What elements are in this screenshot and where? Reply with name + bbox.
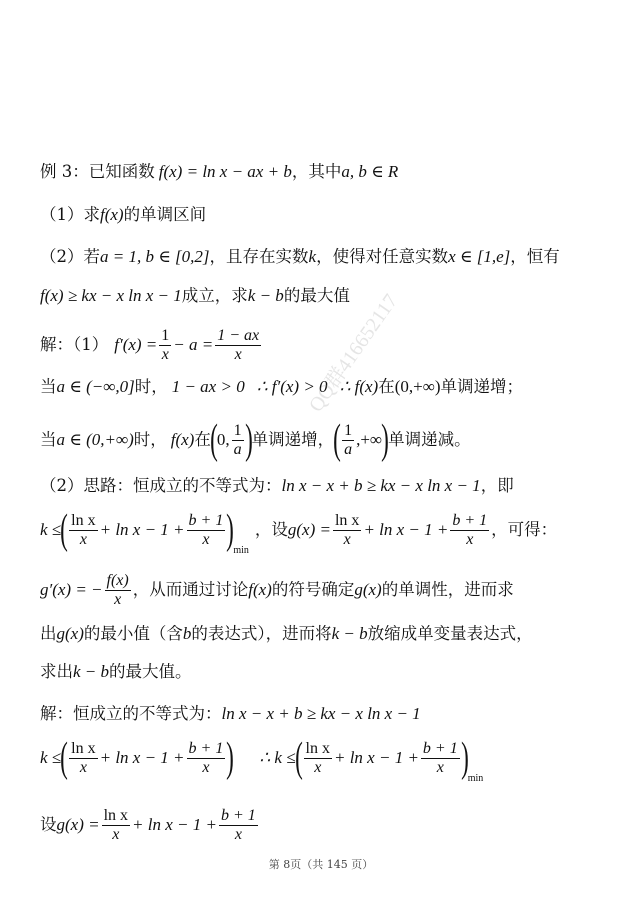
denominator: x [312,759,323,777]
part-2-question-line1: （2）若 a = 1, b ∈ [0,2] ，且存在实数 k ，使得对任意实数 … [40,245,560,269]
expr: + ln x − 1 + [334,746,419,770]
x-range: x ∈ [1,e] [448,245,510,269]
b-var: b [183,622,192,646]
part-2-question-line2: f(x) ≥ kx − x ln x − 1 成立，求 k − b 的最大值 [40,284,350,308]
denominator: x [110,826,121,844]
fraction-1-over-x: 1 x [159,327,171,364]
interval-right: ,+∞ [356,428,382,452]
text: 单调递减。 [388,428,471,452]
text: ，使得对任意实数 [316,245,448,269]
numerator: ln x [304,740,332,759]
minus-a: − a = [173,333,213,357]
solution-2-line-1: 解：恒成立的不等式为： ln x − x + b ≥ kx − x ln x −… [40,702,421,726]
inequality: f(x) ≥ kx − x ln x − 1 [40,284,182,308]
fraction-1-ax-over-x: 1 − ax x [215,327,261,364]
fraction-lnx-over-x: ln x x [69,512,97,549]
part-1-text: 的单调区间 [124,203,207,227]
text: 的最大值。 [109,660,192,684]
text: 出 [40,622,57,646]
idea-line-4: 出 g(x) 的最小值（含 b 的表达式），进而将 k − b 放缩成单变量表达… [40,622,533,646]
right-paren: ) [381,419,389,461]
fx: f(x) [100,203,124,227]
fraction-fx-over-x: f(x) x [105,572,131,609]
denominator: x [160,346,171,364]
text: ，设 [255,518,288,542]
text: 单调递增； [441,375,524,399]
numerator: b + 1 [219,807,258,826]
solution-2-line-3: 设 g(x) = ln x x + ln x − 1 + b + 1 x [40,800,260,850]
solution-2-line-2: k ≤ ( ln x x + ln x − 1 + b + 1 x ) ∴ k … [40,733,483,783]
a-range: a ∈ (−∞,0] [57,375,135,399]
denominator: x [233,346,244,364]
fraction-lnx-over-x: ln x x [333,512,361,549]
text: 在 [378,375,395,399]
solution-label: 解：（1） [40,333,108,357]
numerator: b + 1 [187,740,226,759]
ab-condition: a = 1, b ∈ [0,2] [100,245,210,269]
fx: f(x) [248,578,272,602]
right-paren: ) [226,509,234,551]
text: 的表达式），进而将 [191,622,331,646]
denominator: a [232,441,244,459]
problem-title: 例 3：已知函数 f(x) = ln x − ax + b ，其中 a, b ∈… [40,160,398,184]
k-var: k [309,245,317,269]
derivative-lhs: f′(x) = [114,333,157,357]
left-paren: ( [60,509,68,551]
numerator: 1 [342,422,354,441]
text: 在 [194,428,211,452]
inequality: ln x − x + b ≥ kx − x ln x − 1 [282,474,481,498]
text: 求出 [40,660,73,684]
a-range: a ∈ (0,+∞) [57,428,134,452]
fx: f(x) [171,428,195,452]
interval-left: 0, [217,428,230,452]
text: 的单调性，进而求 [382,578,514,602]
left-paren: ( [333,419,341,461]
numerator: 1 [159,327,171,346]
numerator: b + 1 [421,740,460,759]
idea-line-5: 求出 k − b 的最大值。 [40,660,192,684]
text: 时， [134,428,167,452]
numerator: b + 1 [187,512,226,531]
left-paren: ( [295,737,303,779]
text: ，可得： [491,518,557,542]
idea-line-1: （2）思路：恒成立的不等式为： ln x − x + b ≥ kx − x ln… [40,474,514,498]
idea-line-3: g′(x) = − f(x) x ，从而通过讨论 f(x) 的符号确定 g(x)… [40,567,514,613]
gx: g(x) [57,622,84,646]
text: 当 [40,428,57,452]
min-subscript: min [468,767,484,791]
text: 放缩成单变量表达式， [368,622,533,646]
denominator: x [464,531,475,549]
denominator: x [200,759,211,777]
text: 的符号确定 [272,578,355,602]
fraction-b1-over-x: b + 1 x [187,512,226,549]
left-paren: ( [210,419,218,461]
expr: + ln x − 1 + [363,518,448,542]
numerator: ln x [333,512,361,531]
numerator: 1 [232,422,244,441]
document-page: 例 3：已知函数 f(x) = ln x − ax + b ，其中 a, b ∈… [0,0,642,907]
part-1-question: （1）求 f(x) 的单调区间 [40,203,206,227]
title-text: 例 3：已知函数 [40,160,155,184]
fraction-lnx-over-x: ln x x [69,740,97,777]
fraction-1-over-a: 1 a [342,422,354,459]
gx: g(x) = [288,518,331,542]
fraction-1-over-a: 1 a [232,422,244,459]
text: ，从而通过讨论 [133,578,249,602]
text: ，恒有 [510,245,560,269]
right-paren: ) [461,737,469,779]
text: 设 [40,813,57,837]
fraction-lnx-over-x: ln x x [102,807,130,844]
part-2-label: （2）若 [40,245,100,269]
k-minus-b: k − b [248,284,284,308]
solution-label: 解：恒成立的不等式为： [40,702,222,726]
text: 单调递增， [252,428,335,452]
numerator: ln x [69,740,97,759]
expr: + ln x − 1 + [132,813,217,837]
g-prime: g′(x) = − [40,578,103,602]
denominator: x [112,591,123,609]
param-condition: a, b ∈ R [341,160,398,184]
page-footer: 第 8页（共 145 页） [0,856,642,872]
numerator: f(x) [105,572,131,591]
idea-label: （2）思路：恒成立的不等式为： [40,474,282,498]
part-1-label: （1）求 [40,203,100,227]
therefore-k-le: ∴ k ≤ [259,746,295,770]
expr: + ln x − 1 + [100,746,185,770]
k-minus-b: k − b [73,660,109,684]
case-2: 当 a ∈ (0,+∞) 时， f(x) 在 ( 0, 1 a ) 单调递增， … [40,418,471,462]
function-formula: f(x) = ln x − ax + b [159,160,292,184]
solution-1-derivative: 解：（1） f′(x) = 1 x − a = 1 − ax x [40,320,263,370]
fraction-lnx-over-x: ln x x [304,740,332,777]
inequality: ln x − x + b ≥ kx − x ln x − 1 [222,702,421,726]
k-le: k ≤ [40,518,61,542]
text: 成立，求 [182,284,248,308]
text: 当 [40,375,57,399]
numerator: b + 1 [450,512,489,531]
right-paren: ) [245,419,253,461]
numerator: ln x [102,807,130,826]
text: ，且存在实数 [210,245,309,269]
title-suffix: ，其中 [292,160,342,184]
text: 的最大值 [284,284,350,308]
gx: g(x) [354,578,381,602]
fraction-b1-over-x: b + 1 x [421,740,460,777]
text: 时， [135,375,168,399]
idea-line-2: k ≤ ( ln x x + ln x − 1 + b + 1 x ) min … [40,505,557,555]
denominator: x [342,531,353,549]
fraction-b1-over-x: b + 1 x [219,807,258,844]
k-le: k ≤ [40,746,61,770]
numerator: ln x [69,512,97,531]
fraction-b1-over-x: b + 1 x [187,740,226,777]
case-1: 当 a ∈ (−∞,0] 时， 1 − ax > 0 ∴ f′(x) > 0 ∴… [40,375,523,399]
expr: 1 − ax > 0 [172,375,245,399]
fraction-b1-over-x: b + 1 x [450,512,489,549]
expr: + ln x − 1 + [100,518,185,542]
text: ，即 [481,474,514,498]
left-paren: ( [60,737,68,779]
numerator: 1 − ax [215,327,261,346]
text: 的最小值（含 [84,622,183,646]
denominator: x [233,826,244,844]
denominator: x [435,759,446,777]
denominator: x [200,531,211,549]
k-minus-b: k − b [332,622,368,646]
denominator: x [78,759,89,777]
min-subscript: min [233,539,249,563]
denominator: a [342,441,354,459]
denominator: x [78,531,89,549]
gx: g(x) = [57,813,100,837]
interval: (0,+∞) [395,375,441,399]
right-paren: ) [226,737,234,779]
